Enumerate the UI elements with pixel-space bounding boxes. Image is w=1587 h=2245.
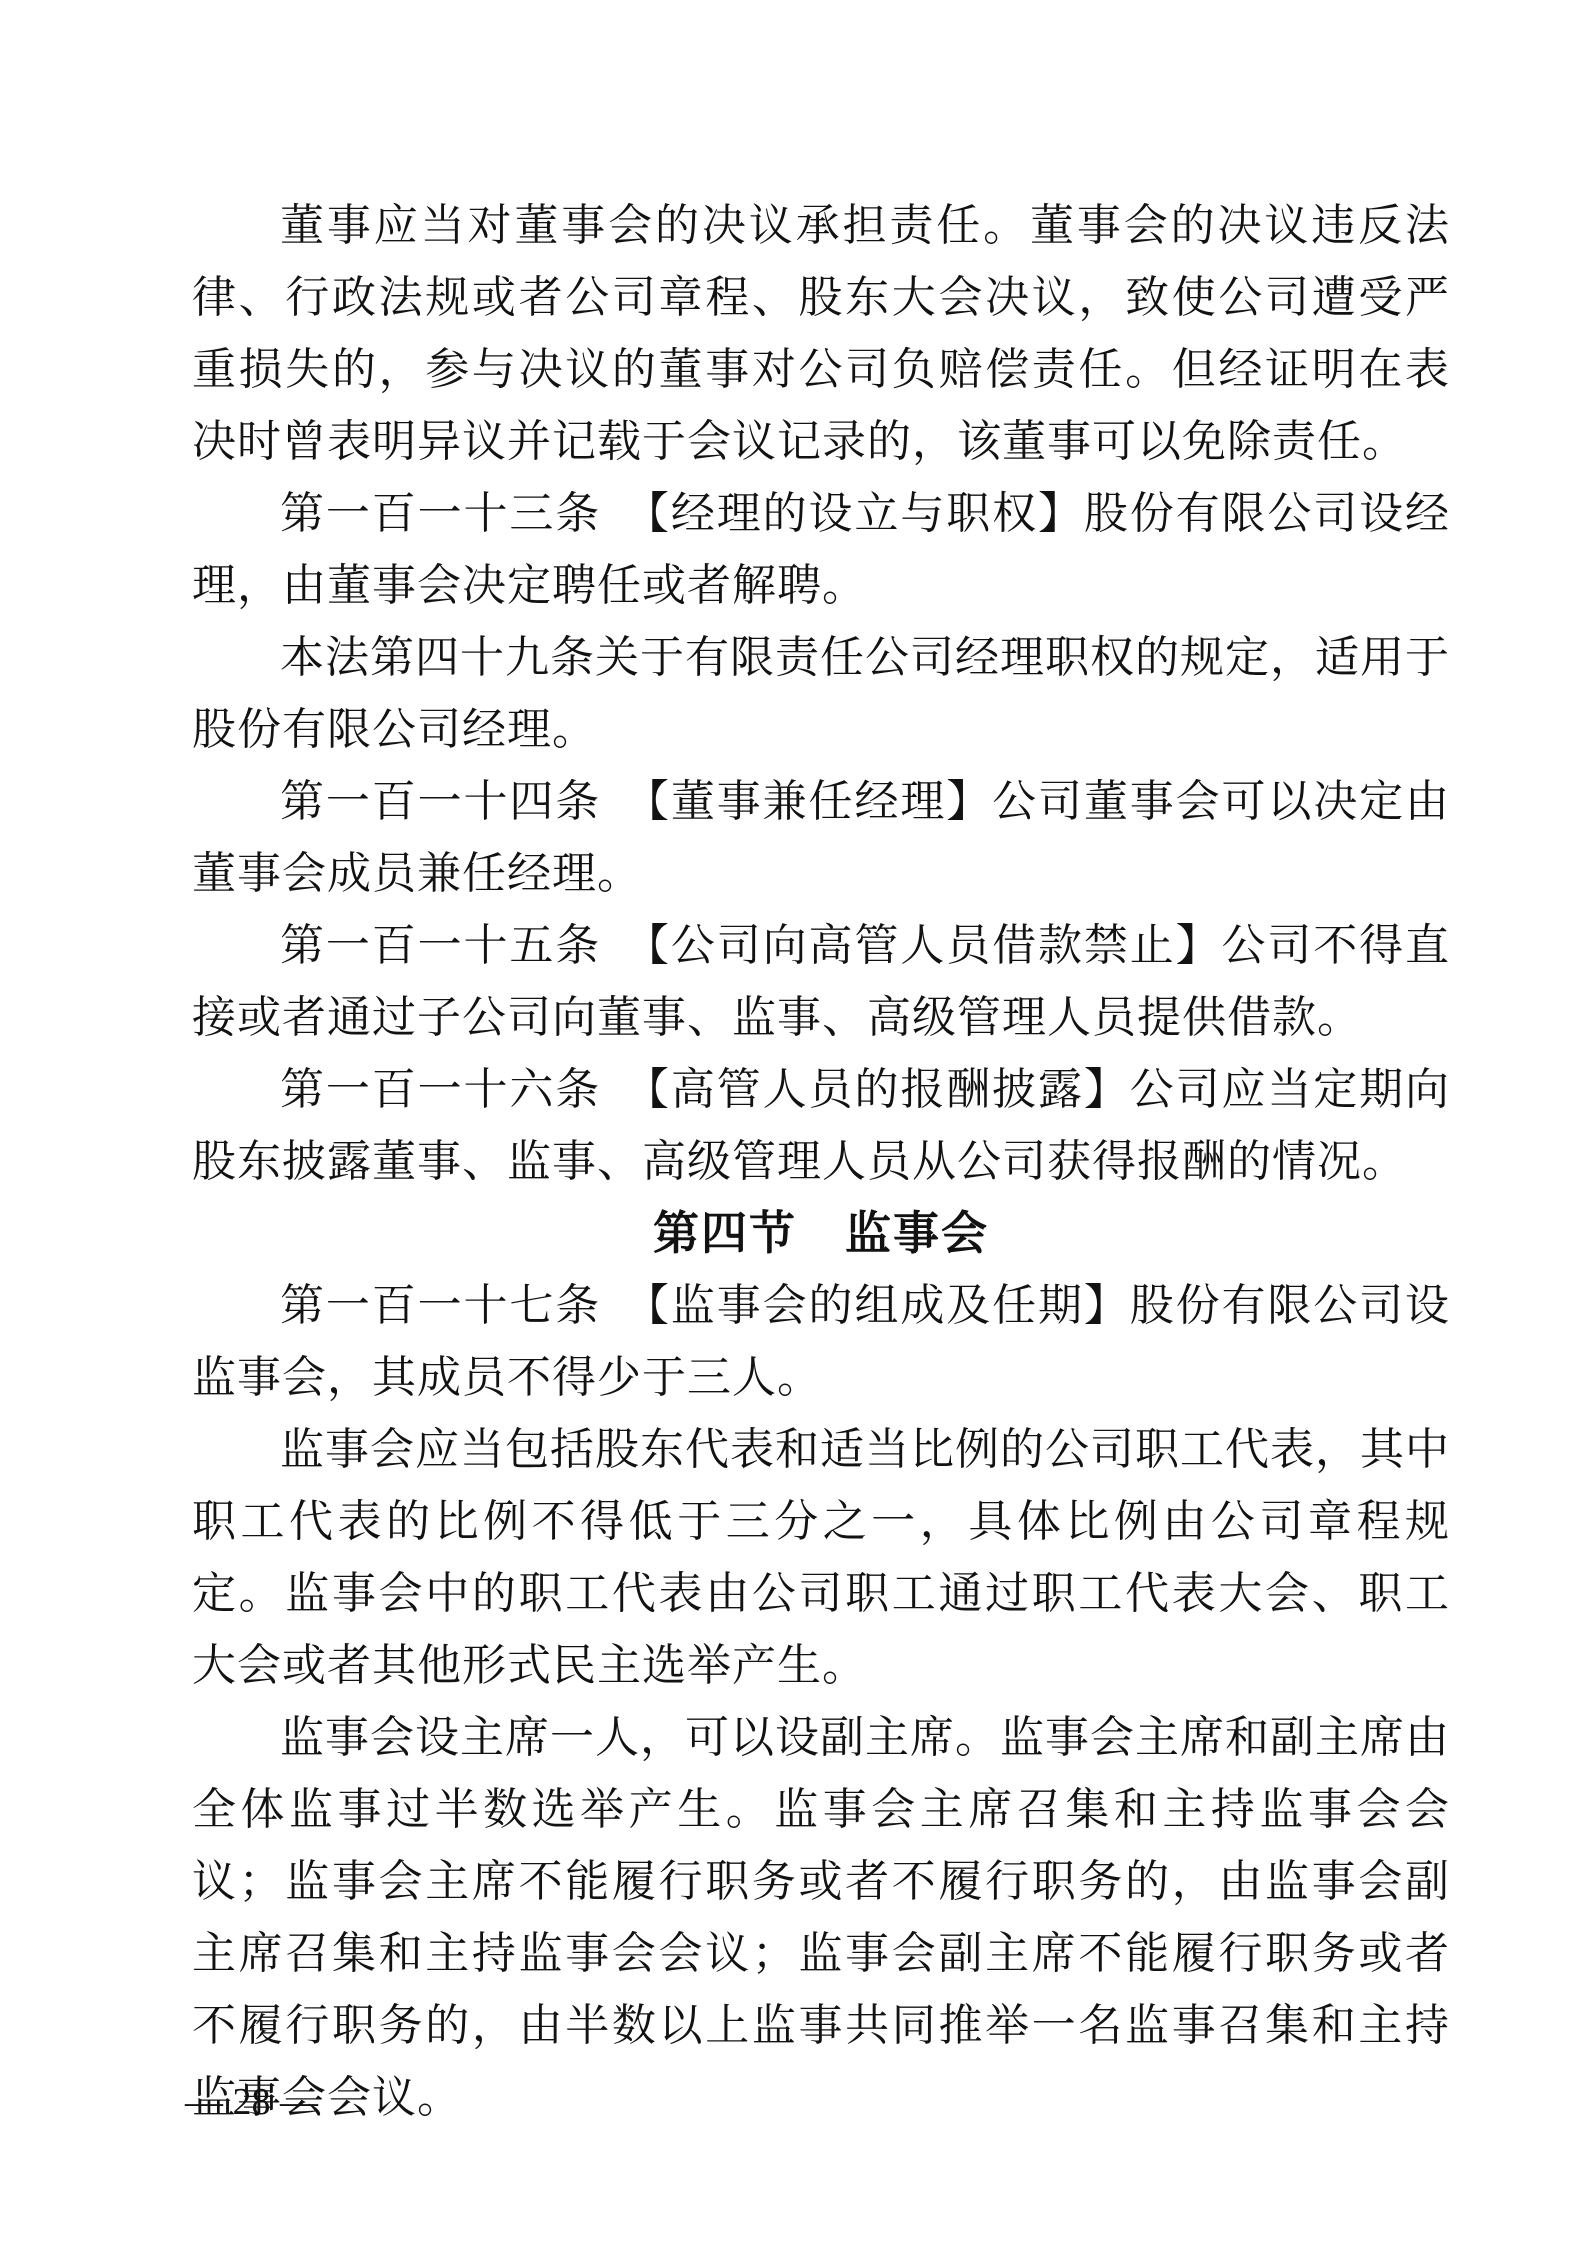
page-number: — 28 —	[185, 2081, 318, 2123]
paragraph-article-117: 第一百一十七条 【监事会的组成及任期】股份有限公司设监事会，其成员不得少于三人。	[192, 1270, 1450, 1414]
paragraph-director-liability: 董事应当对董事会的决议承担责任。董事会的决议违反法律、行政法规或者公司章程、股东…	[192, 190, 1450, 478]
paragraph-article-113: 第一百一十三条 【经理的设立与职权】股份有限公司设经理，由董事会决定聘任或者解聘…	[192, 478, 1450, 622]
paragraph-article-114: 第一百一十四条 【董事兼任经理】公司董事会可以决定由董事会成员兼任经理。	[192, 766, 1450, 910]
document-body: 董事应当对董事会的决议承担责任。董事会的决议违反法律、行政法规或者公司章程、股东…	[192, 190, 1450, 2134]
document-page: 董事应当对董事会的决议承担责任。董事会的决议违反法律、行政法规或者公司章程、股东…	[0, 0, 1587, 2245]
paragraph-supervisory-board-composition: 监事会应当包括股东代表和适当比例的公司职工代表，其中职工代表的比例不得低于三分之…	[192, 1414, 1450, 1702]
paragraph-supervisory-board-chairman: 监事会设主席一人，可以设副主席。监事会主席和副主席由全体监事过半数选举产生。监事…	[192, 1702, 1450, 2134]
paragraph-article-115: 第一百一十五条 【公司向高管人员借款禁止】公司不得直接或者通过子公司向董事、监事…	[192, 910, 1450, 1054]
paragraph-article-49-reference: 本法第四十九条关于有限责任公司经理职权的规定，适用于股份有限公司经理。	[192, 622, 1450, 766]
section-heading-supervisory-board: 第四节 监事会	[192, 1198, 1450, 1270]
page-footer: — 28 —	[185, 2078, 318, 2126]
paragraph-article-116: 第一百一十六条 【高管人员的报酬披露】公司应当定期向股东披露董事、监事、高级管理…	[192, 1054, 1450, 1198]
